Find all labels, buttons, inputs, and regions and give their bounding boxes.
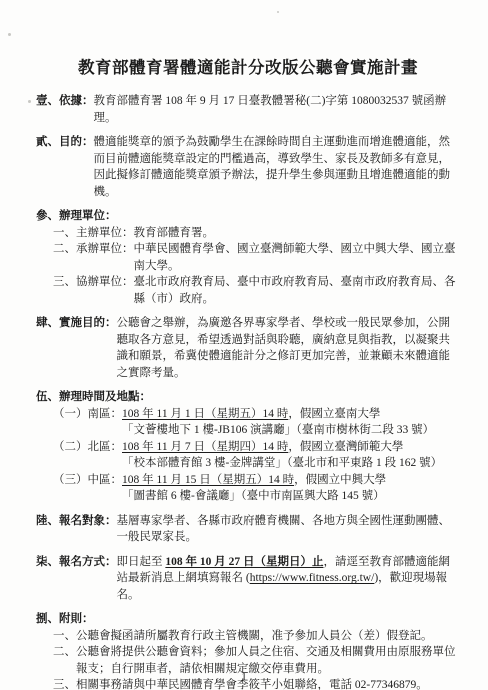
organizer-item-text: 中華民國體育學會、國立臺灣師範大學、國立中興大學、國立臺南大學。 bbox=[134, 241, 461, 274]
venue-location: 「圖書館 6 樓-會議廳」（臺中市南區興大路 145 號） bbox=[122, 488, 460, 505]
section-purpose-text: 體適能獎章的頒予為鼓勵學生在課餘時間自主運動進而增進體適能，然而目前體適能獎章設… bbox=[94, 134, 461, 200]
venue-item-text: 108 年 11 月 15 日（星期五）14 時，假國立中興大學 「圖書館 6 … bbox=[122, 472, 460, 505]
venue-item-label: （二）北區： bbox=[53, 439, 122, 472]
venue-item-label: （三）中區： bbox=[53, 472, 122, 505]
section-schedule-label: 伍、辦理時間及地點： bbox=[36, 389, 460, 406]
section-implementation-goal: 肆、實施目的： 公聽會之舉辦，為廣邀各界專家學者、學校或一般民眾參加，公開聽取各… bbox=[36, 315, 460, 381]
organizer-item-label: 二、承辦單位： bbox=[53, 241, 134, 274]
section-registration: 柒、報名方式： 即日起至 108 年 10 月 27 日（星期日）止，請逕至教育… bbox=[36, 554, 460, 604]
venue-host: ，假國立臺灣師範大學 bbox=[288, 441, 403, 453]
section-target-participants-text: 基層專家學者、各縣市政府體育機關、各地方與全國性運動團體、一般民眾家長。 bbox=[117, 513, 461, 546]
scan-speck bbox=[8, 33, 11, 36]
venue-date: 108 年 11 月 15 日（星期五）14 時 bbox=[122, 474, 294, 486]
section-schedule: 伍、辦理時間及地點： （一）南區： 108 年 11 月 1 日（星期五）14 … bbox=[36, 389, 460, 505]
section-registration-label: 柒、報名方式： bbox=[36, 554, 117, 604]
section-implementation-goal-text: 公聽會之舉辦，為廣邀各界專家學者、學校或一般民眾參加，公開聽取各方意見，希望透過… bbox=[117, 315, 461, 381]
venue-item-south: （一）南區： 108 年 11 月 1 日（星期五）14 時，假國立臺南大學 「… bbox=[36, 406, 460, 439]
section-registration-text: 即日起至 108 年 10 月 27 日（星期日）止，請逕至教育部體適能網站最新… bbox=[117, 554, 461, 604]
scan-speck bbox=[28, 100, 31, 103]
venue-date-line: 108 年 11 月 7 日（星期四）14 時，假國立臺灣師範大學 bbox=[122, 439, 460, 456]
organizer-item-host: 一、主辦單位： 教育部體育署。 bbox=[36, 225, 460, 242]
section-target-participants: 陸、報名對象： 基層專家學者、各縣市政府體育機關、各地方與全國性運動團體、一般民… bbox=[36, 513, 460, 546]
organizer-item-executor: 二、承辦單位： 中華民國體育學會、國立臺灣師範大學、國立中興大學、國立臺南大學。 bbox=[36, 241, 460, 274]
section-basis: 壹、依據： 教育部體育署 108 年 9 月 17 日臺教體署秘(二)字第 10… bbox=[36, 93, 460, 126]
rule-item-leave-registration: 一、 公聽會擬函請所屬教育行政主管機關，准予參加人員公（差）假登記。 bbox=[36, 628, 460, 645]
venue-item-north: （二）北區： 108 年 11 月 7 日（星期四）14 時，假國立臺灣師範大學… bbox=[36, 439, 460, 472]
section-purpose-label: 貳、目的： bbox=[36, 134, 94, 200]
registration-text-before: 即日起至 bbox=[117, 556, 166, 568]
page-number: 1 bbox=[0, 671, 488, 683]
rule-item-label: 一、 bbox=[53, 628, 76, 645]
registration-deadline: 108 年 10 月 27 日（星期日）止 bbox=[165, 556, 323, 568]
organizer-item-text: 教育部體育署。 bbox=[134, 225, 461, 242]
venue-date-line: 108 年 11 月 1 日（星期五）14 時，假國立臺南大學 bbox=[122, 406, 460, 423]
organizer-item-coorganizer: 三、協辦單位： 臺北市政府教育局、臺中市政府教育局、臺南市政府教育局、各縣（市）… bbox=[36, 274, 460, 307]
venue-item-text: 108 年 11 月 7 日（星期四）14 時，假國立臺灣師範大學 「校本部體育… bbox=[122, 439, 460, 472]
organizer-item-text: 臺北市政府教育局、臺中市政府教育局、臺南市政府教育局、各縣（市）政府。 bbox=[134, 274, 461, 307]
venue-date-line: 108 年 11 月 15 日（星期五）14 時，假國立中興大學 bbox=[122, 472, 460, 489]
section-purpose: 貳、目的： 體適能獎章的頒予為鼓勵學生在課餘時間自主運動進而增進體適能，然而目前… bbox=[36, 134, 460, 200]
venue-location: 「文薈樓地下 1 樓-JB106 演講廳」（臺南市樹林街二段 33 號） bbox=[122, 422, 460, 439]
section-basis-label: 壹、依據： bbox=[36, 93, 94, 126]
section-implementation-goal-label: 肆、實施目的： bbox=[36, 315, 117, 381]
document-page: 教育部體育署體適能計分改版公聽會實施計畫 壹、依據： 教育部體育署 108 年 … bbox=[0, 0, 488, 690]
organizer-item-label: 三、協辦單位： bbox=[53, 274, 134, 307]
section-basis-text: 教育部體育署 108 年 9 月 17 日臺教體署秘(二)字第 10800325… bbox=[94, 93, 461, 126]
venue-date: 108 年 11 月 7 日（星期四）14 時 bbox=[122, 441, 288, 453]
section-organizers-label: 參、辦理單位： bbox=[36, 208, 460, 225]
rule-item-text: 公聽會擬函請所屬教育行政主管機關，准予參加人員公（差）假登記。 bbox=[76, 628, 460, 645]
section-target-participants-label: 陸、報名對象： bbox=[36, 513, 117, 546]
venue-host: ，假國立臺南大學 bbox=[288, 408, 380, 420]
venue-item-central: （三）中區： 108 年 11 月 15 日（星期五）14 時，假國立中興大學 … bbox=[36, 472, 460, 505]
section-supplementary-rules-label: 捌、附則： bbox=[36, 611, 460, 628]
venue-location: 「校本部體育館 3 樓-金牌講堂」（臺北市和平東路 1 段 162 號） bbox=[122, 455, 460, 472]
organizer-item-label: 一、主辦單位： bbox=[53, 225, 134, 242]
venue-host: ，假國立中興大學 bbox=[294, 474, 386, 486]
venue-item-label: （一）南區： bbox=[53, 406, 122, 439]
section-organizers: 參、辦理單位： 一、主辦單位： 教育部體育署。 二、承辦單位： 中華民國體育學會… bbox=[36, 208, 460, 307]
document-title: 教育部體育署體適能計分改版公聽會實施計畫 bbox=[36, 54, 460, 78]
registration-url-link[interactable]: https://www.fitness.org.tw/ bbox=[250, 572, 375, 584]
venue-date: 108 年 11 月 1 日（星期五）14 時 bbox=[122, 408, 288, 420]
scan-speck bbox=[277, 11, 279, 13]
venue-item-text: 108 年 11 月 1 日（星期五）14 時，假國立臺南大學 「文薈樓地下 1… bbox=[122, 406, 460, 439]
